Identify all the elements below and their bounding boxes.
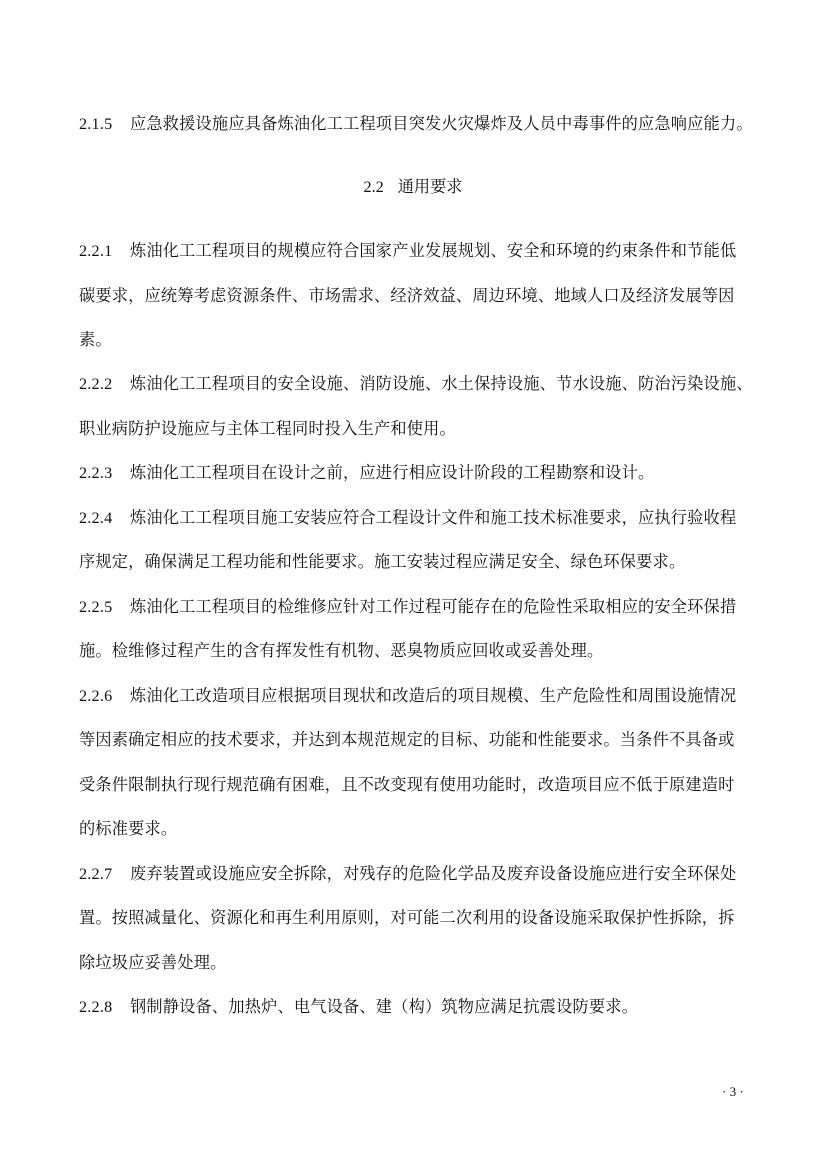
clause-2-2-6-line-4: 的标准要求。	[79, 819, 177, 839]
section-title: 通用要求	[398, 178, 463, 196]
clause-text: 炼油化工工程项目在设计之前，应进行相应设计阶段的工程勘察和设计。	[130, 464, 654, 482]
clause-2-2-4-line-2: 序规定，确保满足工程功能和性能要求。施工安装过程应满足安全、绿色环保要求。	[79, 552, 685, 572]
clause-2-2-2-line-1: 2.2.2炼油化工工程项目的安全设施、消防设施、水土保持设施、节水设施、防治污染…	[79, 374, 753, 394]
clause-text: 钢制静设备、加热炉、电气设备、建（构）筑物应满足抗震设防要求。	[130, 998, 638, 1016]
clause-number: 2.2.4	[79, 508, 130, 528]
clause-number: 2.2.3	[79, 463, 130, 483]
clause-number: 2.2.2	[79, 374, 130, 394]
clause-text: 的标准要求。	[79, 820, 177, 838]
clause-2-2-7-line-3: 除垃圾应妥善处理。	[79, 953, 227, 973]
clause-text: 职业病防护设施应与主体工程同时投入生产和使用。	[79, 420, 456, 438]
clause-number: 2.2.1	[79, 241, 130, 261]
clause-2-2-1-line-2: 碳要求，应统筹考虑资源条件、市场需求、经济效益、周边环境、地域人口及经济发展等因	[79, 286, 735, 306]
clause-2-2-5-line-1: 2.2.5炼油化工工程项目的检维修应针对工作过程可能存在的危险性采取相应的安全环…	[79, 597, 736, 617]
clause-text: 置。按照减量化、资源化和再生利用原则，对可能二次利用的设备设施采取保护性拆除，拆	[79, 909, 735, 927]
clause-text: 施。检维修过程产生的含有挥发性有机物、恶臭物质应回收或妥善处理。	[79, 642, 603, 660]
page-number: · 3 ·	[722, 1084, 744, 1100]
clause-2-2-1-line-1: 2.2.1炼油化工工程项目的规模应符合国家产业发展规划、安全和环境的约束条件和节…	[79, 241, 736, 261]
clause-2-2-6-line-3: 受条件限制执行现行规范确有困难，且不改变现有使用功能时，改造项目应不低于原建造时	[79, 775, 735, 795]
clause-text: 等因素确定相应的技术要求，并达到本规范规定的目标、功能和性能要求。当条件不具备或	[79, 731, 735, 749]
clause-text: 炼油化工改造项目应根据项目现状和改造后的项目规模、生产危险性和周围设施情况	[130, 687, 736, 705]
clause-text: 除垃圾应妥善处理。	[79, 954, 227, 972]
clause-number: 2.2.7	[79, 864, 130, 884]
clause-text: 炼油化工工程项目施工安装应符合工程设计文件和施工技术标准要求，应执行验收程	[130, 509, 736, 527]
clause-number: 2.2.8	[79, 997, 130, 1017]
clause-text: 炼油化工工程项目的规模应符合国家产业发展规划、安全和环境的约束条件和节能低	[130, 242, 736, 260]
clause-2-2-4-line-1: 2.2.4炼油化工工程项目施工安装应符合工程设计文件和施工技术标准要求，应执行验…	[79, 508, 736, 528]
clause-2-2-5-line-2: 施。检维修过程产生的含有挥发性有机物、恶臭物质应回收或妥善处理。	[79, 641, 603, 661]
clause-2-2-7-line-2: 置。按照减量化、资源化和再生利用原则，对可能二次利用的设备设施采取保护性拆除，拆	[79, 908, 735, 928]
clause-text: 炼油化工工程项目的安全设施、消防设施、水土保持设施、节水设施、防治污染设施、	[130, 375, 753, 393]
clause-text: 素。	[79, 331, 112, 349]
clause-text: 序规定，确保满足工程功能和性能要求。施工安装过程应满足安全、绿色环保要求。	[79, 553, 685, 571]
clause-text: 废弃装置或设施应安全拆除，对残存的危险化学品及废弃设备设施应进行安全环保处	[130, 865, 736, 883]
clause-2-2-6-line-2: 等因素确定相应的技术要求，并达到本规范规定的目标、功能和性能要求。当条件不具备或	[79, 730, 735, 750]
section-number: 2.2	[364, 178, 384, 196]
clause-2-2-2-line-2: 职业病防护设施应与主体工程同时投入生产和使用。	[79, 419, 456, 439]
clause-2-2-1-line-3: 素。	[79, 330, 112, 350]
clause-text: 炼油化工工程项目的检维修应针对工作过程可能存在的危险性采取相应的安全环保措	[130, 598, 736, 616]
clause-2-1-5-line-1: 2.1.5应急救援设施应具备炼油化工工程项目突发火灾爆炸及人员中毒事件的应急响应…	[79, 114, 753, 134]
clause-number: 2.2.5	[79, 597, 130, 617]
clause-number: 2.1.5	[79, 114, 130, 134]
clause-2-2-7-line-1: 2.2.7废弃装置或设施应安全拆除，对残存的危险化学品及废弃设备设施应进行安全环…	[79, 864, 736, 884]
document-page: 2.1.5应急救援设施应具备炼油化工工程项目突发火灾爆炸及人员中毒事件的应急响应…	[0, 0, 826, 1169]
clause-2-2-6-line-1: 2.2.6炼油化工改造项目应根据项目现状和改造后的项目规模、生产危险性和周围设施…	[79, 686, 736, 706]
clause-text: 应急救援设施应具备炼油化工工程项目突发火灾爆炸及人员中毒事件的应急响应能力。	[130, 115, 753, 133]
clause-text: 受条件限制执行现行规范确有困难，且不改变现有使用功能时，改造项目应不低于原建造时	[79, 776, 735, 794]
clause-text: 碳要求，应统筹考虑资源条件、市场需求、经济效益、周边环境、地域人口及经济发展等因	[79, 287, 735, 305]
clause-number: 2.2.6	[79, 686, 130, 706]
clause-2-2-8-line-1: 2.2.8钢制静设备、加热炉、电气设备、建（构）筑物应满足抗震设防要求。	[79, 997, 638, 1017]
clause-2-2-3-line-1: 2.2.3炼油化工工程项目在设计之前，应进行相应设计阶段的工程勘察和设计。	[79, 463, 654, 483]
section-heading: 2.2通用要求	[0, 177, 826, 197]
